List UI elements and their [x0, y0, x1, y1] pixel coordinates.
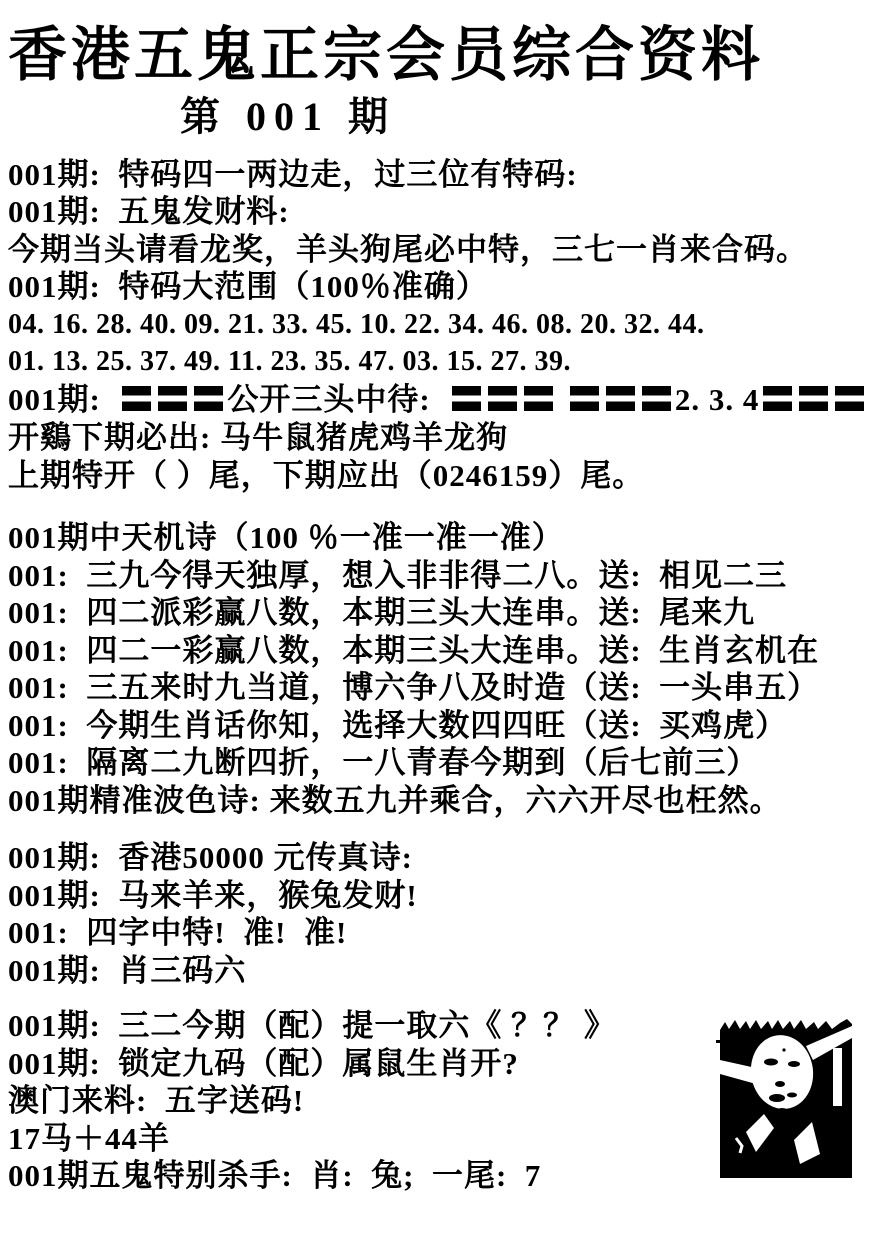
bars-label: 公开三头中待:	[227, 382, 448, 417]
section-fax: 001期: 香港50000 元传真诗: 001期: 马来羊来，猴兔发财! 001…	[0, 839, 875, 989]
tips-line: 001期: 五鬼发财料:	[0, 193, 875, 231]
tips-line: 001期: 特码四一两边走，过三位有特码:	[0, 156, 875, 194]
poem-line: 001: 隔离二九断四折，一八青春今期到（后七前三）	[0, 744, 875, 782]
document-page: 香港五鬼正宗会员综合资料 第 001 期 001期: 特码四一两边走，过三位有特…	[0, 0, 875, 1238]
redacted-block-group	[452, 382, 553, 420]
poem-header: 001期中天机诗（100 ％一准一准一准）	[0, 519, 875, 557]
redacted-block-icon	[122, 386, 151, 411]
redacted-block-group	[570, 382, 671, 420]
section-tips: 001期: 特码四一两边走，过三位有特码: 001期: 五鬼发财料: 今期当头请…	[0, 156, 875, 495]
portrait-photo	[716, 1010, 856, 1182]
redacted-block-icon	[158, 386, 187, 411]
tips-line: 今期当头请看龙奖，羊头狗尾必中特，三七一肖来合码。	[0, 231, 875, 269]
number-range-line: 01. 13. 25. 37. 49. 11. 23. 35. 47. 03. …	[0, 343, 875, 381]
bars-spacer	[557, 382, 566, 417]
redacted-block-icon	[642, 386, 671, 411]
number-range-line: 04. 16. 28. 40. 09. 21. 33. 45. 10. 22. …	[0, 306, 875, 344]
section-gap	[0, 494, 875, 519]
redacted-block-icon	[452, 386, 481, 411]
redacted-block-icon	[835, 386, 864, 411]
poem-line: 001: 四二一彩赢八数，本期三头大连串。送: 生肖玄机在	[0, 632, 875, 670]
redacted-heads-line: 001期: 公开三头中待: 2. 3. 4	[0, 381, 875, 420]
redacted-block-icon	[606, 386, 635, 411]
tips-line: 001期: 特码大范围（100％准确）	[0, 268, 875, 306]
section-gap	[0, 819, 875, 839]
bars-numbers: 2. 3. 4	[675, 382, 760, 417]
bars-prefix: 001期:	[8, 382, 118, 417]
section-gap	[0, 989, 875, 1007]
poem-line: 001: 三五来时九当道，博六争八及时造（送: 一头串五）	[0, 669, 875, 707]
zodiac-line: 开鷄下期必出: 马牛鼠猪虎鸡羊龙狗	[0, 419, 875, 457]
redacted-block-group	[763, 382, 864, 420]
section-poems: 001期中天机诗（100 ％一准一准一准） 001: 三九今得天独厚，想入非非得…	[0, 519, 875, 819]
fax-line: 001期: 马来羊来，猴兔发财!	[0, 877, 875, 915]
wave-color-poem-line: 001期精准波色诗: 来数五九并乘合，六六开尽也枉然。	[0, 782, 875, 820]
issue-number: 第 001 期	[180, 94, 875, 140]
fax-line: 001期: 香港50000 元传真诗:	[0, 839, 875, 877]
portrait-photo-image	[716, 1010, 856, 1182]
redacted-block-icon	[524, 386, 553, 411]
fax-line: 001期: 肖三码六	[0, 952, 875, 990]
redacted-block-group	[122, 382, 223, 420]
zodiac-line: 上期特开（ ）尾，下期应出（0246159）尾。	[0, 457, 875, 495]
redacted-block-icon	[799, 386, 828, 411]
fax-line: 001: 四字中特! 准! 准!	[0, 914, 875, 952]
redacted-block-icon	[570, 386, 599, 411]
redacted-block-icon	[763, 386, 792, 411]
redacted-block-icon	[488, 386, 517, 411]
poem-line: 001: 三九今得天独厚，想入非非得二八。送: 相见二三	[0, 557, 875, 595]
page-title: 香港五鬼正宗会员综合资料	[0, 0, 875, 94]
poem-line: 001: 今期生肖话你知，选择大数四四旺（送: 买鸡虎）	[0, 707, 875, 745]
redacted-block-icon	[194, 386, 223, 411]
poem-line: 001: 四二派彩赢八数，本期三头大连串。送: 尾来九	[0, 594, 875, 632]
